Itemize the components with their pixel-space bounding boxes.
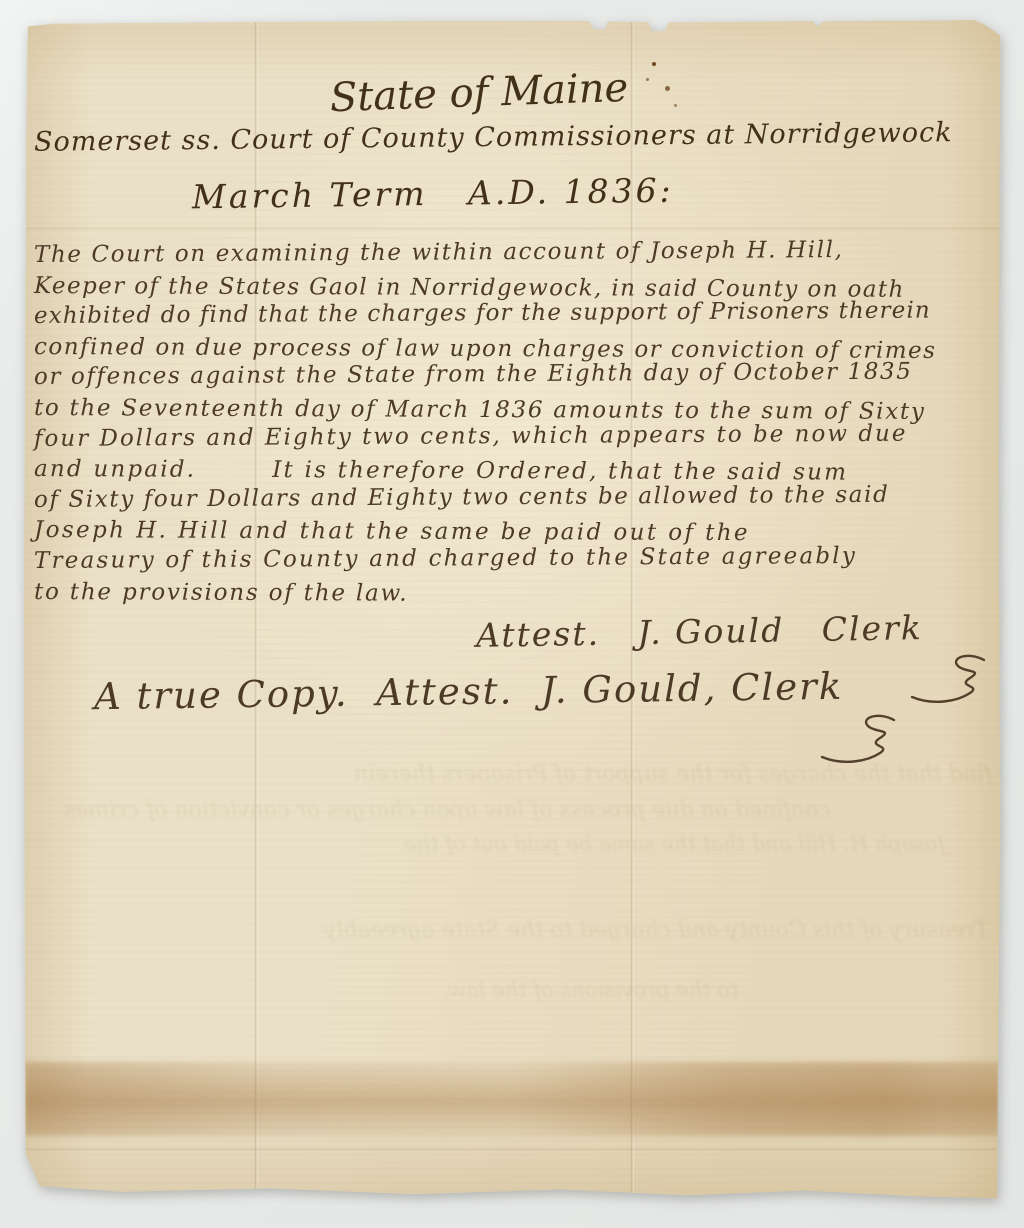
body-line: of Sixty four Dollars and Eighty two cen…: [34, 479, 994, 515]
pen-flourish-icon: [904, 652, 990, 720]
body-line: four Dollars and Eighty two cents, which…: [34, 418, 994, 454]
body-line: or offences against the State from the E…: [34, 357, 994, 393]
order-body-paragraph: The Court on examining the within accoun…: [34, 240, 994, 607]
bleedthrough-text: confined on due process of law upon char…: [64, 798, 831, 823]
foxing-speck: [674, 104, 677, 107]
horizontal-fold-crease-lower: [24, 1148, 1000, 1151]
true-copy-certification-line: A true Copy. Attest. J. Gould, Clerk: [94, 665, 844, 718]
foxing-speck: [665, 86, 670, 91]
body-line: The Court on examining the within accoun…: [34, 234, 994, 270]
pen-flourish-icon: [814, 712, 900, 780]
document-paper: exhibited do find that the charges for t…: [24, 20, 1000, 1200]
bleedthrough-text: Joseph H. Hill and that the same be paid…: [404, 832, 946, 856]
document-title: State of Maine: [303, 64, 654, 122]
term-date-line: March Term A.D. 1836:: [192, 171, 674, 217]
fold-stain-band: [24, 1062, 1000, 1136]
body-line: to the provisions of the law.: [34, 577, 994, 612]
bleedthrough-text: Treasury of this County and charged to t…: [324, 918, 989, 943]
horizontal-fold-crease-upper: [24, 227, 1000, 230]
bleedthrough-text: to the provisions of the law.: [444, 978, 738, 1002]
scanner-background: exhibited do find that the charges for t…: [0, 0, 1024, 1228]
bleedthrough-text: exhibited do find that the charges for t…: [354, 762, 1024, 787]
court-caption-line: Somerset ss. Court of County Commissione…: [34, 117, 953, 158]
attestation-line: Attest. J. Gould Clerk: [476, 608, 923, 655]
body-line: Treasury of this County and charged to t…: [34, 540, 994, 576]
body-line: exhibited do find that the charges for t…: [34, 295, 994, 331]
